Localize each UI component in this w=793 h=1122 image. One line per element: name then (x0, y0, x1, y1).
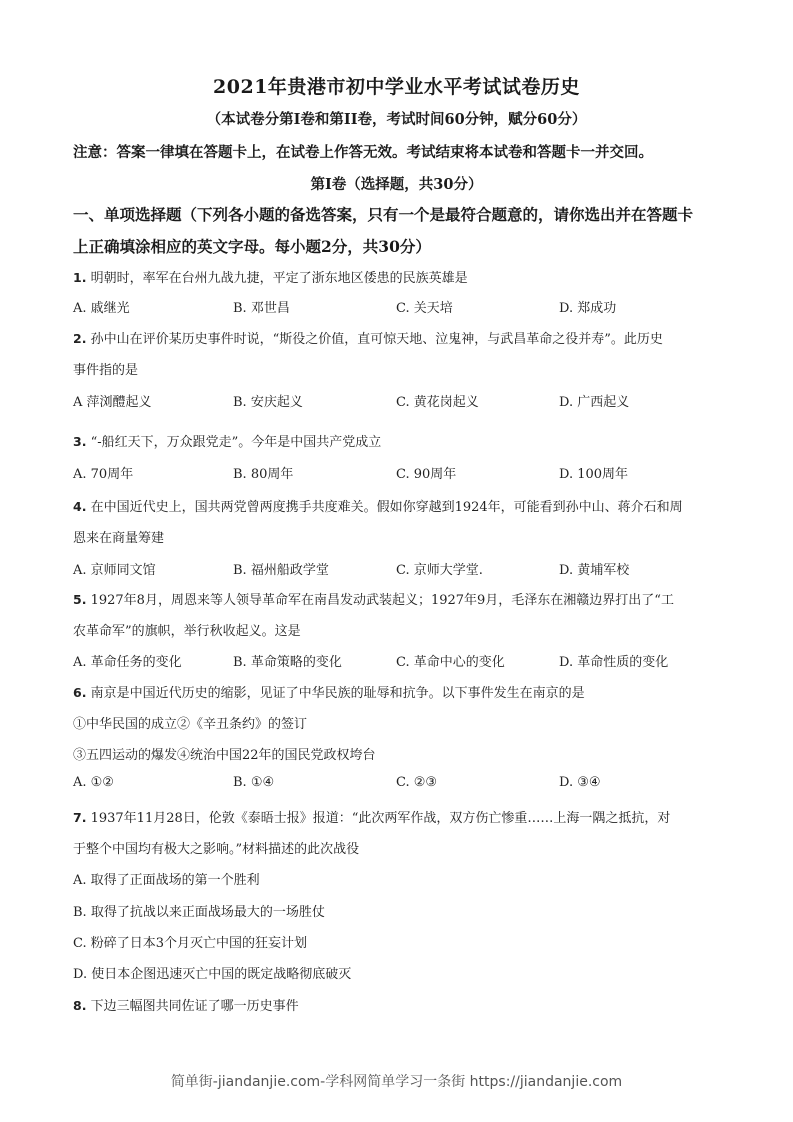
option-a: A. 京师同文馆 (73, 559, 156, 578)
question-3-options: A. 70周年 B. 80周年 C. 90周年 D. 100周年 (73, 463, 733, 483)
question-text: “-船红天下，万众跟党走”。今年是中国共产党成立 (91, 435, 382, 450)
question-number: 1. (73, 270, 86, 285)
question-1-options: A. 戚继光 B. 邓世昌 C. 关天培 D. 郑成功 (73, 297, 733, 317)
option-c: C. 革命中心的变化 (396, 651, 505, 670)
option-b: B. ①④ (233, 775, 274, 790)
question-5-text-cont: 农革命军”的旗帜，举行秋收起义。这是 (73, 620, 301, 639)
exam-title: 2021年贵港市初中学业水平考试试卷历史 (0, 72, 793, 99)
option-d: D. 广西起义 (559, 391, 629, 410)
question-7-text-cont: 于整个中国均有极大之影响。”材料描述的此次战役 (73, 838, 359, 857)
exam-page: 2021年贵港市初中学业水平考试试卷历史 （本试卷分第I卷和第II卷，考试时间6… (0, 0, 793, 1122)
option-d: D. 革命性质的变化 (559, 651, 668, 670)
question-number: 8. (73, 998, 86, 1013)
option-d: D. 黄埔军校 (559, 559, 629, 578)
option-d: D. 100周年 (559, 463, 628, 482)
question-text: 下边三幅图共同佐证了哪一历史事件 (91, 999, 299, 1014)
question-7-option-a: A. 取得了正面战场的第一个胜利 (73, 869, 260, 888)
option-b: B. 革命策略的变化 (233, 651, 342, 670)
question-2-text-cont: 事件指的是 (73, 359, 138, 378)
question-number: 7. (73, 810, 86, 825)
question-1: 1. 明朝时，率军在台州九战九捷，平定了浙东地区倭患的民族英雄是 (73, 267, 468, 286)
question-3: 3. “-船红天下，万众跟党走”。今年是中国共产党成立 (73, 431, 381, 450)
question-number: 2. (73, 331, 86, 346)
question-text: 明朝时，率军在台州九战九捷，平定了浙东地区倭患的民族英雄是 (91, 271, 468, 286)
option-a: A. 革命任务的变化 (73, 651, 182, 670)
question-7-option-d: D. 使日本企图迅速灭亡中国的既定战略彻底破灭 (73, 963, 351, 982)
question-6-item-1-2: ①中华民国的成立②《辛丑条约》的签订 (73, 713, 307, 732)
exam-subtitle: （本试卷分第I卷和第II卷，考试时间60分钟，赋分60分） (0, 108, 793, 129)
question-6-options: A. ①② B. ①④ C. ②③ D. ③④ (73, 775, 733, 795)
option-b: B. 福州船政学堂 (233, 559, 329, 578)
option-b: B. 邓世昌 (233, 297, 290, 316)
question-text: 1927年8月，周恩来等人领导革命军在南昌发动武装起义；1927年9月，毛泽东在… (91, 593, 674, 608)
option-c: C. 京师大学堂. (396, 559, 483, 578)
question-7: 7. 1937年11月28日，伦敦《泰晤士报》报道：“此次两军作战，双方伤亡惨重… (73, 807, 670, 826)
option-c: C. 关天培 (396, 297, 453, 316)
question-number: 5. (73, 592, 86, 607)
question-8: 8. 下边三幅图共同佐证了哪一历史事件 (73, 995, 299, 1014)
option-b: B. 80周年 (233, 463, 293, 482)
question-5: 5. 1927年8月，周恩来等人领导革命军在南昌发动武装起义；1927年9月，毛… (73, 589, 674, 608)
question-7-option-c: C. 粉碎了日本3个月灭亡中国的狂妄计划 (73, 932, 307, 951)
part-heading: 第I卷（选择题，共30分） (0, 173, 793, 194)
question-6: 6. 南京是中国近代历史的缩影，见证了中华民族的耻辱和抗争。以下事件发生在南京的… (73, 682, 585, 701)
question-text: 在中国近代史上，国共两党曾两度携手共度难关。假如你穿越到1924年，可能看到孙中… (91, 500, 683, 515)
question-7-option-b: B. 取得了抗战以来正面战场最大的一场胜仗 (73, 901, 325, 920)
option-a: A. 戚继光 (73, 297, 130, 316)
option-a: A 萍浏醴起义 (73, 391, 152, 410)
question-4: 4. 在中国近代史上，国共两党曾两度携手共度难关。假如你穿越到1924年，可能看… (73, 496, 683, 515)
question-text: 1937年11月28日，伦敦《泰晤士报》报道：“此次两军作战，双方伤亡惨重……上… (91, 811, 671, 826)
question-2-options: A 萍浏醴起义 B. 安庆起义 C. 黄花岗起义 D. 广西起义 (73, 391, 733, 411)
option-d: D. 郑成功 (559, 297, 616, 316)
question-6-item-3-4: ③五四运动的爆发④统治中国22年的国民党政权垮台 (73, 744, 376, 763)
question-number: 3. (73, 434, 86, 449)
section-heading-line-2: 上正确填涂相应的英文字母。每小题2分，共30分） (73, 235, 733, 257)
option-a: A. 70周年 (73, 463, 133, 482)
option-c: C. 90周年 (396, 463, 456, 482)
question-text: 孙中山在评价某历史事件时说，“斯役之价值，直可惊天地、泣鬼神，与武昌革命之役并寿… (91, 332, 663, 347)
watermark-footer: 简单街-jiandanjie.com-学科网简单学习一条街 https://ji… (0, 1071, 793, 1091)
question-5-options: A. 革命任务的变化 B. 革命策略的变化 C. 革命中心的变化 D. 革命性质… (73, 651, 733, 671)
exam-notice: 注意：答案一律填在答题卡上，在试卷上作答无效。考试结束将本试卷和答题卡一并交回。 (73, 141, 733, 162)
question-4-text-cont: 恩来在商量筹建 (73, 527, 164, 546)
question-text: 南京是中国近代历史的缩影，见证了中华民族的耻辱和抗争。以下事件发生在南京的是 (91, 686, 585, 701)
option-b: B. 安庆起义 (233, 391, 303, 410)
option-d: D. ③④ (559, 775, 601, 790)
section-heading-line-1: 一、单项选择题（下列各小题的备选答案，只有一个是最符合题意的，请你选出并在答题卡 (73, 203, 733, 225)
question-number: 6. (73, 685, 86, 700)
option-c: C. 黄花岗起义 (396, 391, 479, 410)
question-4-options: A. 京师同文馆 B. 福州船政学堂 C. 京师大学堂. D. 黄埔军校 (73, 559, 733, 579)
option-a: A. ①② (73, 775, 114, 790)
option-c: C. ②③ (396, 775, 437, 790)
question-number: 4. (73, 499, 86, 514)
question-2: 2. 孙中山在评价某历史事件时说，“斯役之价值，直可惊天地、泣鬼神，与武昌革命之… (73, 328, 663, 347)
